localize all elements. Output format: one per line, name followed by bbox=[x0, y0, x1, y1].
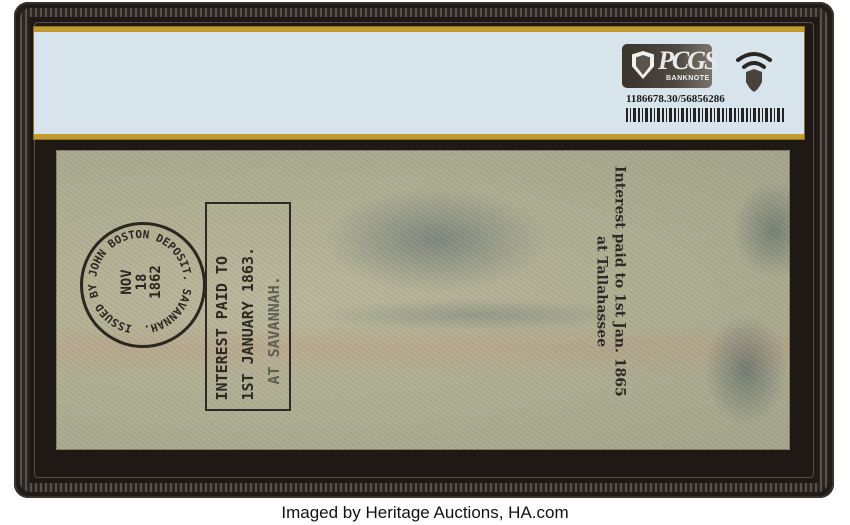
pcgs-brand: PCGS bbox=[658, 46, 716, 76]
barcode bbox=[626, 108, 786, 122]
pcgs-shield-icon bbox=[632, 51, 654, 79]
box-stamp-line1: INTEREST PAID TO bbox=[213, 209, 231, 400]
handstamp-line1: Interest paid to 1st Jan. 1865 bbox=[610, 166, 628, 426]
cert-number: 1186678.30/56856286 bbox=[626, 93, 725, 105]
pcgs-brand-sub: BANKNOTE bbox=[666, 75, 710, 82]
round-stamp-date: NOV 18 1862 bbox=[107, 259, 177, 305]
box-stamp-line2: 1ST JANUARY 1863. bbox=[239, 209, 257, 400]
box-stamp-line3: AT SAVANNAH. bbox=[265, 209, 283, 400]
stamp-month: NOV bbox=[120, 269, 135, 294]
stamp-year: 1862 bbox=[149, 265, 164, 299]
tallahassee-interest-handstamp: Interest paid to 1st Jan. 1865 at Tallah… bbox=[580, 166, 640, 426]
stamp-day: 18 bbox=[135, 274, 150, 291]
round-deposit-stamp: ISSUED BY JOHN BOSTON DEPOSIT. SAVANNAH.… bbox=[80, 222, 206, 348]
image-credit: Imaged by Heritage Auctions, HA.com bbox=[0, 503, 850, 523]
grading-label: PCGS BANKNOTE 1186678.30/56856286 bbox=[34, 27, 804, 139]
nfc-shield-icon bbox=[734, 46, 774, 96]
interest-paid-box-stamp: INTEREST PAID TO 1ST JANUARY 1863. AT SA… bbox=[205, 202, 291, 411]
handstamp-line2: at Tallahassee bbox=[593, 166, 611, 426]
pcgs-logo: PCGS BANKNOTE bbox=[622, 44, 712, 88]
